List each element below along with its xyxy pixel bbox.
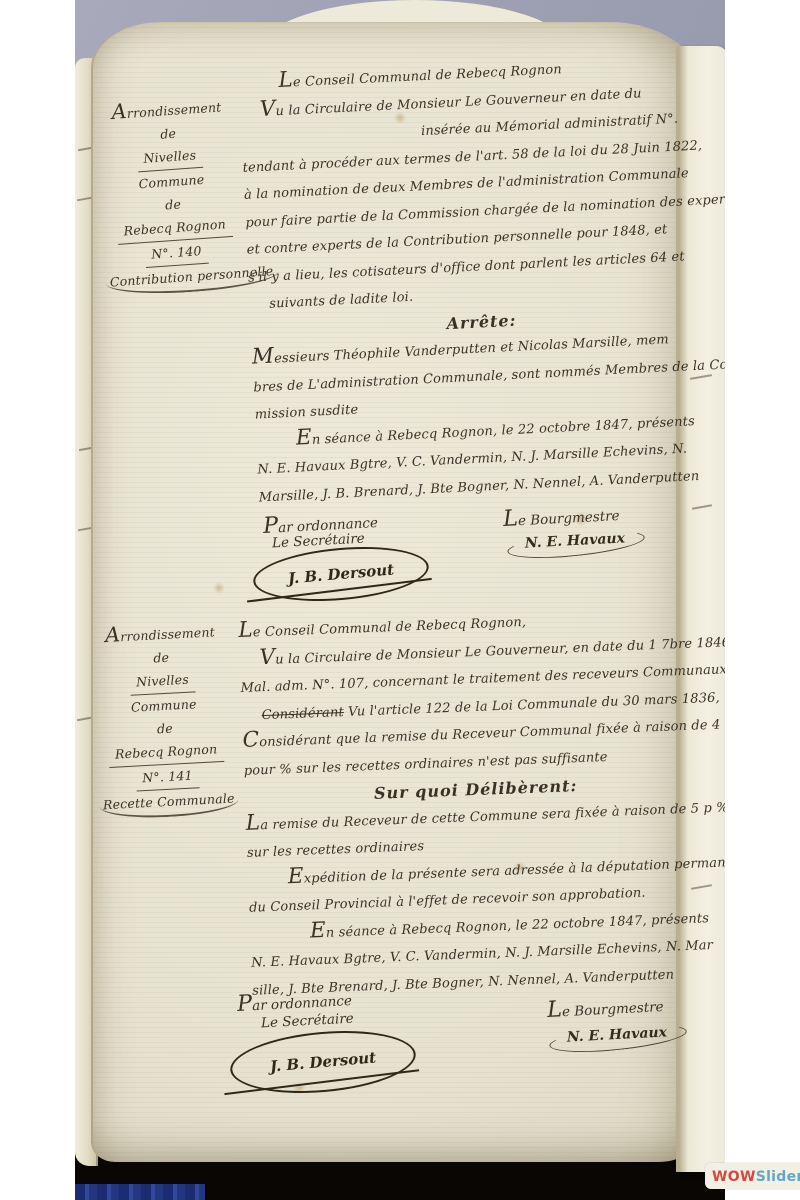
struck-word: Considérant bbox=[261, 705, 344, 723]
wowslider-watermark[interactable]: WOWSlider bbox=[705, 1163, 800, 1189]
margin-note-140: Arrondissement de Nivelles Commune de Re… bbox=[93, 93, 251, 298]
slider-frame: Arrondissement de Nivelles Commune de Re… bbox=[0, 0, 800, 1200]
margin-line-underlined: Nivelles bbox=[129, 667, 195, 695]
margin-note-141: Arrondissement de Nivelles Commune de Re… bbox=[82, 618, 247, 821]
blue-cloth-edge bbox=[75, 1184, 205, 1200]
watermark-slider: Slider bbox=[756, 1169, 800, 1185]
watermark-wow: WOW bbox=[712, 1169, 756, 1185]
fox-spot bbox=[213, 582, 225, 594]
manuscript-photo: Arrondissement de Nivelles Commune de Re… bbox=[75, 0, 725, 1200]
secretary-signature-name: J. B. Dersout bbox=[287, 560, 394, 587]
deliberation-1-text: Le Conseil Communal de Rebecq Rognon Vu … bbox=[238, 49, 721, 511]
secretary-signature-name: J. B. Dersout bbox=[269, 1048, 376, 1075]
deliberation-2-text: Le Conseil Communal de Rebecq Rognon, Vu… bbox=[238, 602, 714, 1004]
